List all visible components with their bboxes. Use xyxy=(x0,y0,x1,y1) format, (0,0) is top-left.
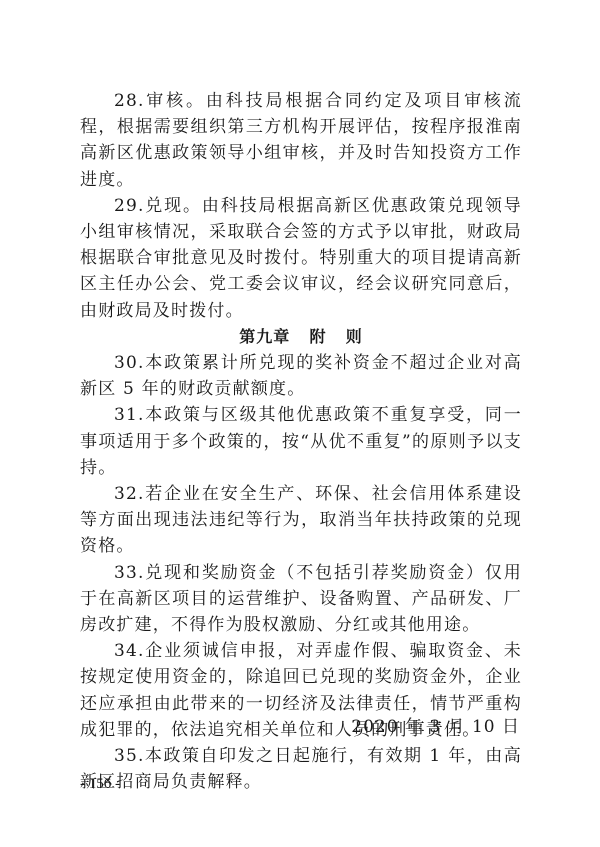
article-35: 35.本政策自印发之日起施行，有效期 1 年，由高新区招商局负责解释。 xyxy=(80,743,522,795)
article-28: 28.审核。由科技局根据合同约定及项目审核流程，根据需要组织第三方机构开展评估，… xyxy=(80,88,522,193)
article-32: 32.若企业在安全生产、环保、社会信用体系建设等方面出现违法违纪等行为，取消当年… xyxy=(80,481,522,560)
chapter-heading: 第九章附则 xyxy=(80,324,522,350)
document-body: 28.审核。由科技局根据合同约定及项目审核流程，根据需要组织第三方机构开展评估，… xyxy=(80,88,522,795)
chapter-number: 第九章 xyxy=(239,327,290,346)
chapter-title-char-1: 附 xyxy=(309,327,326,346)
page-number: - 156 - xyxy=(80,776,120,793)
document-page: 28.审核。由科技局根据合同约定及项目审核流程，根据需要组织第三方机构开展评估，… xyxy=(0,0,600,847)
article-30: 30.本政策累计所兑现的奖补资金不超过企业对高新区 5 年的财政贡献额度。 xyxy=(80,350,522,402)
issue-date: 2020 年 3 月 10 日 xyxy=(351,712,520,737)
chapter-title-char-2: 则 xyxy=(346,327,363,346)
article-29: 29.兑现。由科技局根据高新区优惠政策兑现领导小组审核情况，采取联合会签的方式予… xyxy=(80,193,522,324)
article-33: 33.兑现和奖励资金（不包括引荐奖励资金）仅用于在高新区项目的运营维护、设备购置… xyxy=(80,560,522,639)
article-31: 31.本政策与区级其他优惠政策不重复享受，同一事项适用于多个政策的，按“从优不重… xyxy=(80,402,522,481)
